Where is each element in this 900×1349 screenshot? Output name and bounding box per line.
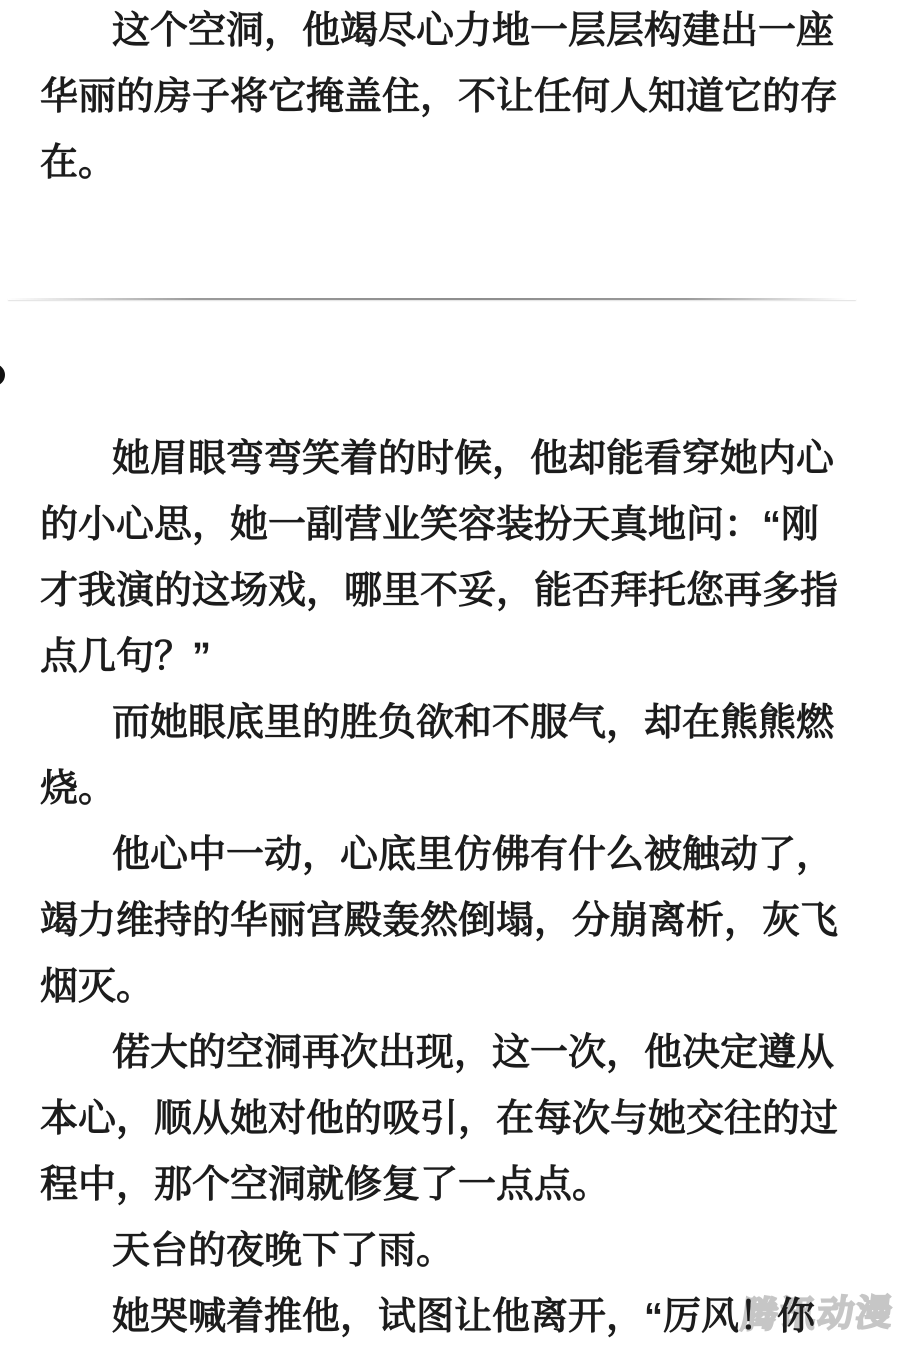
paragraph: 他心中一动，心底里仿佛有什么被触动了，竭力维持的华丽宫殿轰然倒塌，分崩离析，灰飞… (40, 822, 850, 1020)
section-divider (8, 298, 856, 300)
main-text-block: 她眉眼弯弯笑着的时候，他却能看穿她内心的小心思，她一副营业笑容装扮天真地问：“刚… (40, 426, 850, 1349)
paragraph: 她哭喊着推他，试图让他离开，“厉风！你 (40, 1284, 850, 1349)
edge-bullet-dot (0, 364, 5, 386)
paragraph: 偌大的空洞再次出现，这一次，他决定遵从本心，顺从她对他的吸引，在每次与她交往的过… (40, 1020, 850, 1218)
reader-page: { "page": { "background": "#ffffff", "te… (0, 0, 900, 1349)
paragraph: 这个空洞，他竭尽心力地一层层构建出一座华丽的房子将它掩盖住，不让任何人知道它的存… (40, 0, 850, 196)
paragraph: 她眉眼弯弯笑着的时候，他却能看穿她内心的小心思，她一副营业笑容装扮天真地问：“刚… (40, 426, 850, 690)
top-text-block: 这个空洞，他竭尽心力地一层层构建出一座华丽的房子将它掩盖住，不让任何人知道它的存… (40, 0, 850, 196)
paragraph: 天台的夜晚下了雨。 (40, 1218, 850, 1284)
paragraph: 而她眼底里的胜负欲和不服气，却在熊熊燃烧。 (40, 690, 850, 822)
